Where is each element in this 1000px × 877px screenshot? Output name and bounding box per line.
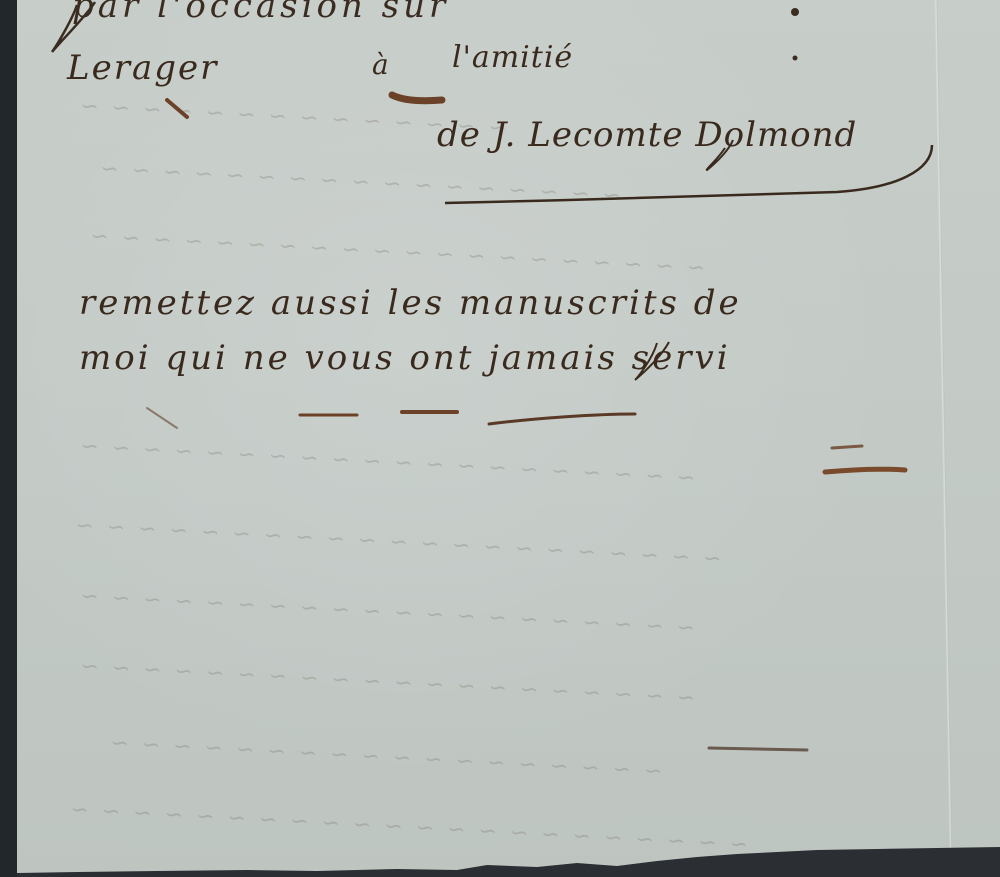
torn-edge [17,837,1000,877]
letter-page: ~ ~ ~ ~ ~ ~ ~ ~ ~ ~ ~ ~ ~ ~ ~ ~ ~ ~ ~ ~ … [17,0,1000,877]
pen-strokes [17,0,1000,877]
